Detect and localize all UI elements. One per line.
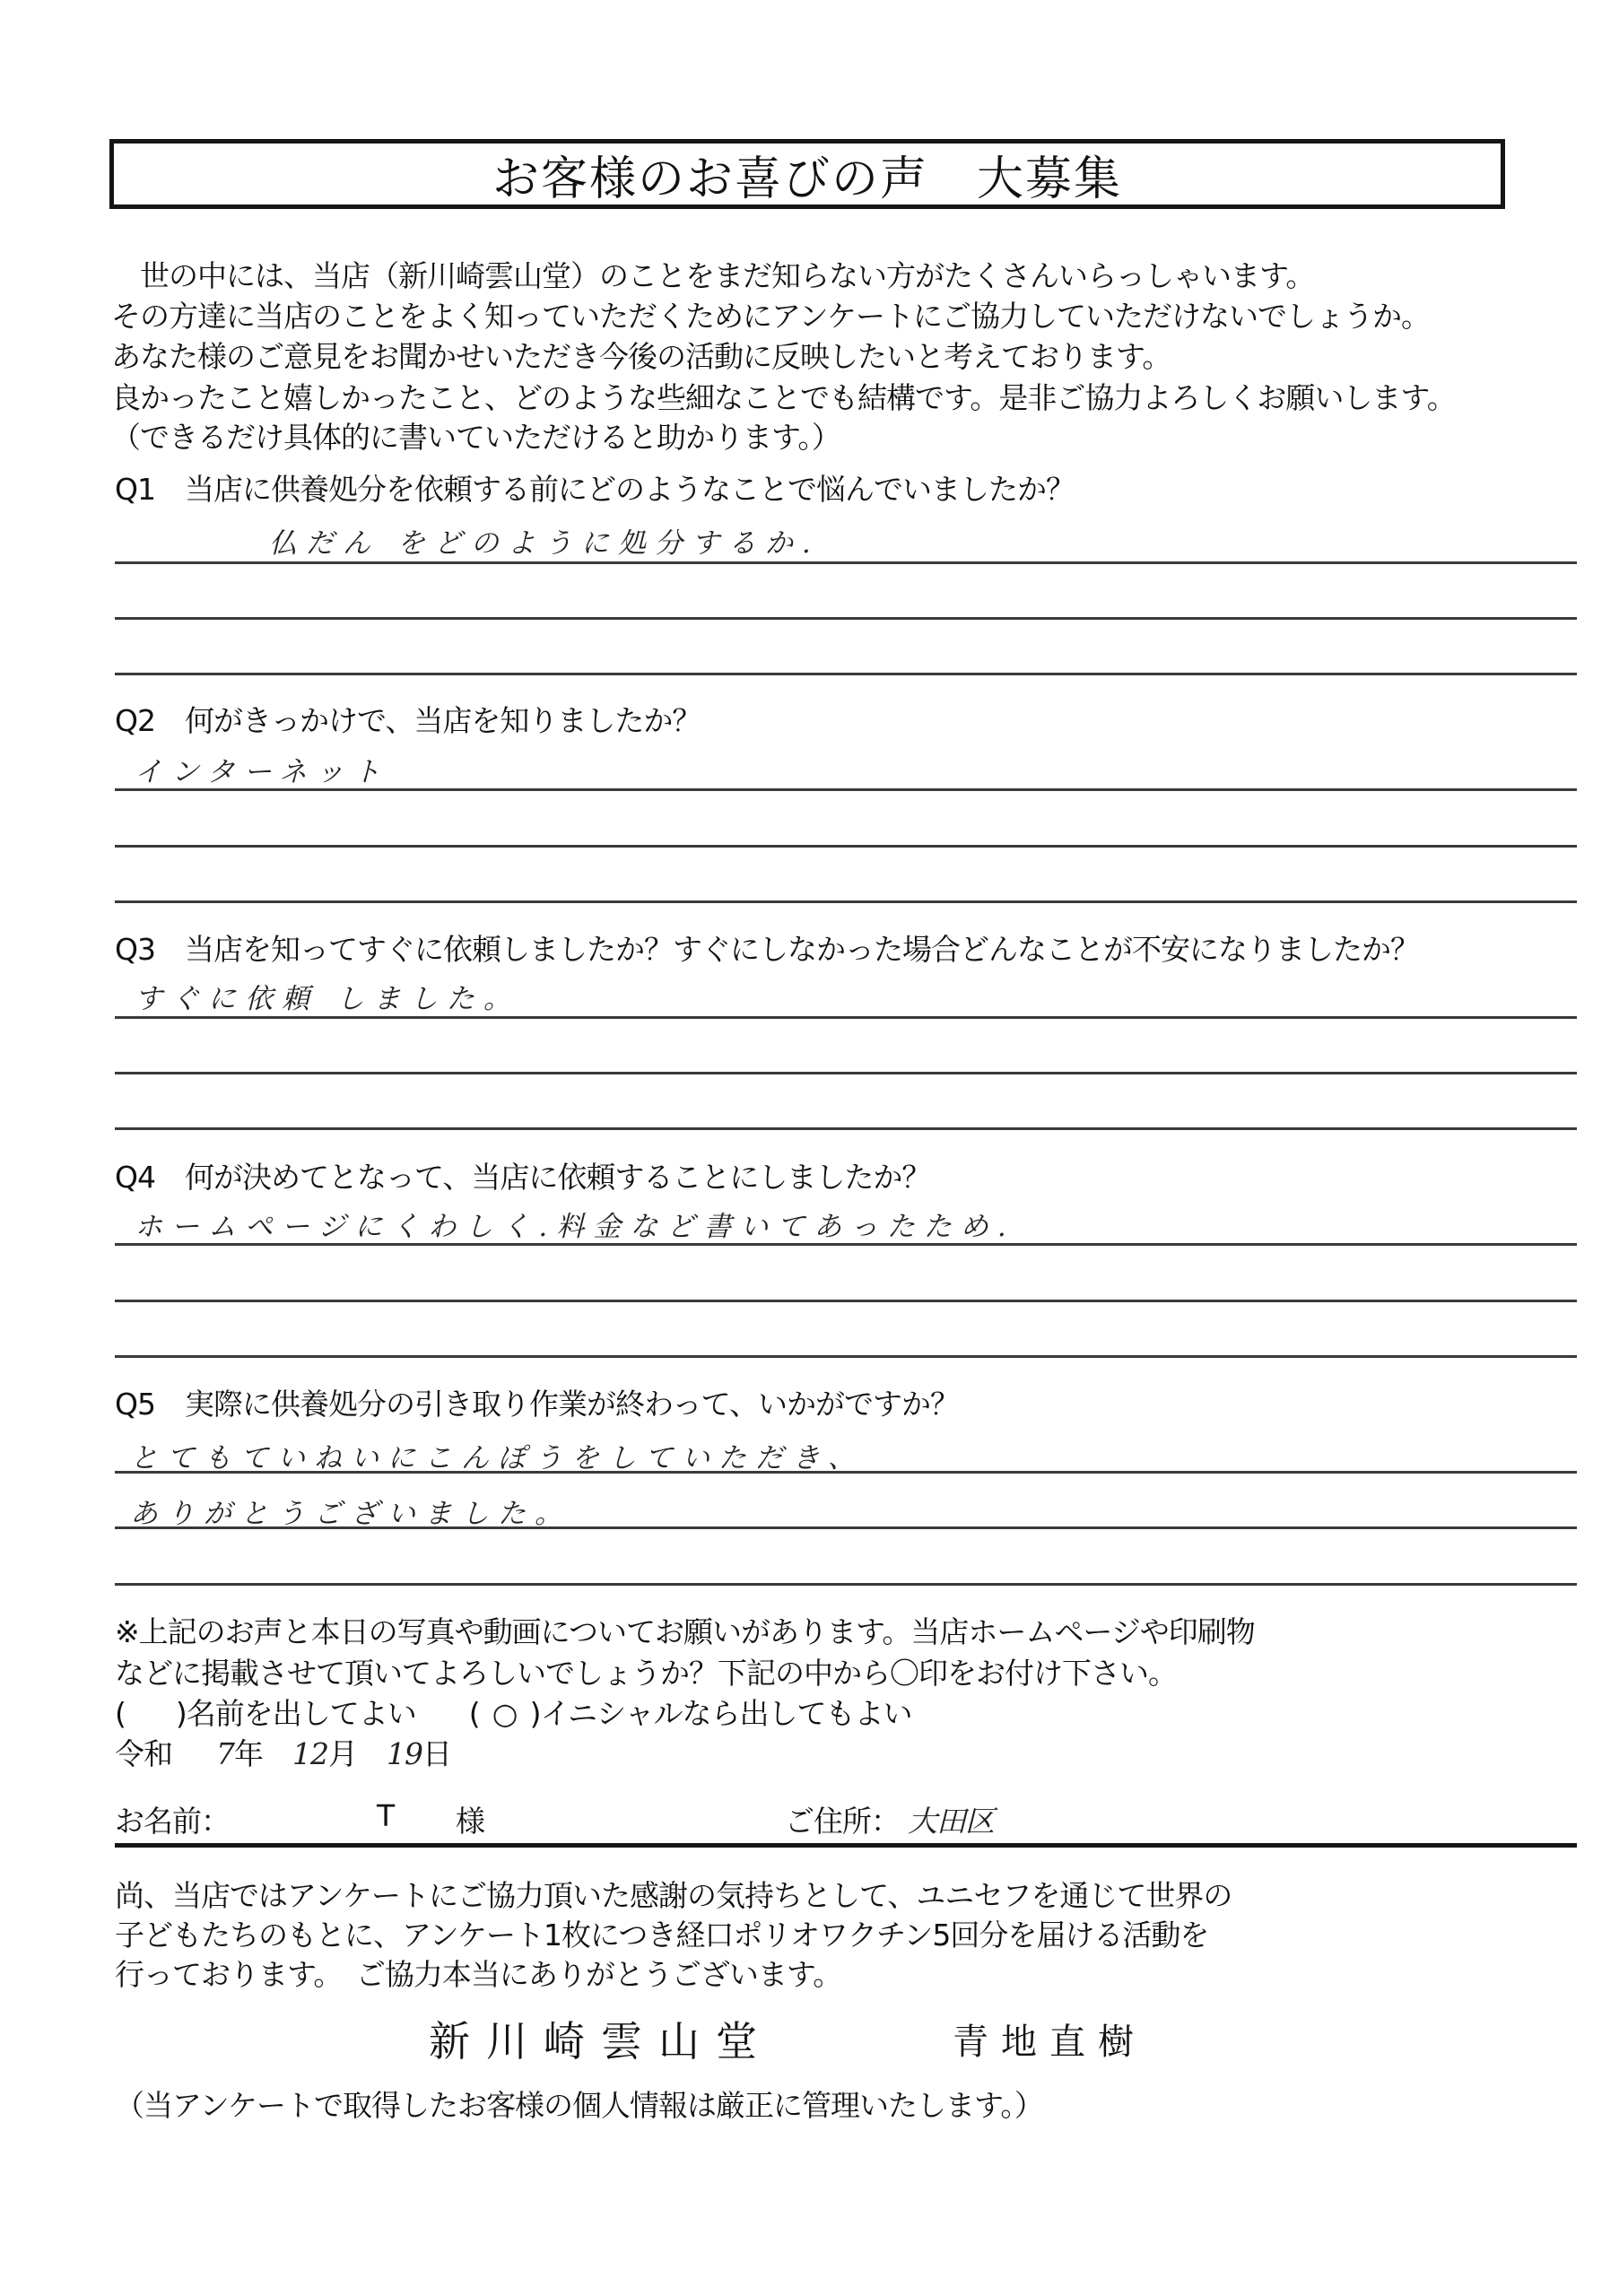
answer-text[interactable]: ありがとうございました。 xyxy=(130,1491,571,1531)
question-text: 当店を知ってすぐに依頼しましたか？すぐにしなかった場合どんなことが不安になりまし… xyxy=(185,932,1419,967)
date-year-unit: 年 xyxy=(234,1736,263,1771)
intro-line: あなた様のご意見をお聞かせいただき今後の活動に反映したいと考えております。 xyxy=(111,334,1171,376)
intro-line: （できるだけ具体的に書いていただけると助かります。） xyxy=(111,414,840,457)
answer-rule xyxy=(115,1526,1577,1529)
option-initial-checkbox[interactable]: (○) xyxy=(469,1696,541,1731)
date-day-unit: 日 xyxy=(422,1736,451,1771)
consent-line: ※上記のお声と本日の写真や動画についてお願いがあります。当店ホームページや印刷物 xyxy=(115,1609,1255,1651)
intro-line: 世の中には、当店（新川崎雲山堂）のことをまだ知らない方がたくさんいらっしゃいます… xyxy=(111,253,1314,295)
question-label: Q2何がきっかけで、当店を知りましたか？ xyxy=(115,698,701,740)
option-initial-label: イニシャルなら出してもよい xyxy=(541,1696,912,1731)
answer-rule xyxy=(115,673,1577,675)
answer-rule xyxy=(115,1016,1577,1019)
answer-rule xyxy=(115,1355,1577,1358)
address-label: ご住所： xyxy=(785,1798,900,1840)
answer-rule xyxy=(115,788,1577,791)
question-number: Q3 xyxy=(115,932,185,967)
answer-rule xyxy=(115,1583,1577,1586)
answer-rule xyxy=(115,845,1577,848)
consent-line: などに掲載させて頂いてよろしいでしょうか？下記の中から〇印をお付け下さい。 xyxy=(115,1650,1177,1692)
answer-rule xyxy=(115,1072,1577,1074)
date-era: 令和 xyxy=(115,1736,172,1771)
question-text: 当店に供養処分を依頼する前にどのようなことで悩んでいましたか？ xyxy=(185,472,1075,507)
section-divider xyxy=(115,1843,1577,1848)
privacy-note: （当アンケートで取得したお客様の個人情報は厳正に管理いたします。） xyxy=(115,2083,1043,2125)
name-label: お名前： xyxy=(115,1798,230,1840)
option-name-checkbox[interactable]: () xyxy=(115,1696,187,1731)
question-number: Q4 xyxy=(115,1160,185,1195)
closing-line: 尚、当店ではアンケートにご協力頂いた感謝の気持ちとして、ユニセフを通じて世界の xyxy=(115,1873,1232,1915)
answer-text[interactable]: 仏だん をどのように処分するか. xyxy=(269,520,820,561)
answer-text[interactable]: とてもていねいにこんぽうをしていただき、 xyxy=(130,1435,865,1475)
owner-name: 青地直樹 xyxy=(953,2013,1146,2065)
closing-line: 子どもたちのもとに、アンケート1枚につき経口ポリオワクチン5回分を届ける活動を xyxy=(115,1912,1208,1954)
question-text: 何がきっかけで、当店を知りましたか？ xyxy=(185,703,701,738)
intro-line: 良かったこと嬉しかったこと、どのような些細なことでも結構です。是非ご協力よろしく… xyxy=(111,375,1456,417)
address-value[interactable]: 大田区 xyxy=(908,1798,994,1840)
title-box: お客様のお喜びの声 大募集 xyxy=(109,139,1505,209)
date-day-value[interactable]: 19 xyxy=(387,1736,422,1771)
answer-text[interactable]: インターネット xyxy=(135,749,389,789)
consent-options: ()名前を出してよい (○)イニシャルなら出してもよい xyxy=(115,1691,912,1733)
question-number: Q1 xyxy=(115,472,185,507)
answer-rule xyxy=(115,1300,1577,1302)
closing-line: 行っております。 ご協力本当にありがとうございます。 xyxy=(115,1952,841,1994)
answer-rule xyxy=(115,1127,1577,1130)
answer-rule xyxy=(115,617,1577,620)
answer-rule xyxy=(115,561,1577,564)
option-name-label: 名前を出してよい xyxy=(187,1696,416,1731)
answer-rule xyxy=(115,1471,1577,1474)
answer-text[interactable]: ホームページにくわしく.料金など書いてあったため. xyxy=(135,1204,1015,1244)
question-label: Q4何が決めてとなって、当店に依頼することにしましたか？ xyxy=(115,1154,930,1196)
question-label: Q1当店に供養処分を依頼する前にどのようなことで悩んでいましたか？ xyxy=(115,466,1075,509)
question-number: Q5 xyxy=(115,1387,185,1422)
question-label: Q5実際に供養処分の引き取り作業が終わって、いかがですか？ xyxy=(115,1381,959,1423)
date-month-value[interactable]: 12 xyxy=(292,1736,328,1771)
answer-rule xyxy=(115,900,1577,903)
circle-mark-icon: ○ xyxy=(480,1696,530,1731)
date-month-unit: 月 xyxy=(328,1736,357,1771)
question-text: 何が決めてとなって、当店に依頼することにしましたか？ xyxy=(185,1160,930,1195)
question-text: 実際に供養処分の引き取り作業が終わって、いかがですか？ xyxy=(185,1387,959,1422)
shop-name: 新川崎雲山堂 xyxy=(429,2009,773,2068)
answer-text[interactable]: すぐに依頼 しました。 xyxy=(135,976,520,1016)
page-title: お客様のお喜びの声 大募集 xyxy=(492,141,1122,208)
intro-line: その方達に当店のことをよく知っていただくためにアンケートにご協力していただけない… xyxy=(111,293,1430,335)
date-row: 令和 7年 12月 19日 xyxy=(115,1731,451,1773)
date-year-value[interactable]: 7 xyxy=(216,1736,234,1771)
name-value[interactable]: T xyxy=(377,1798,394,1833)
honorific: 様 xyxy=(456,1798,484,1840)
answer-rule xyxy=(115,1243,1577,1246)
question-label: Q3当店を知ってすぐに依頼しましたか？すぐにしなかった場合どんなことが不安になり… xyxy=(115,926,1419,969)
question-number: Q2 xyxy=(115,703,185,738)
